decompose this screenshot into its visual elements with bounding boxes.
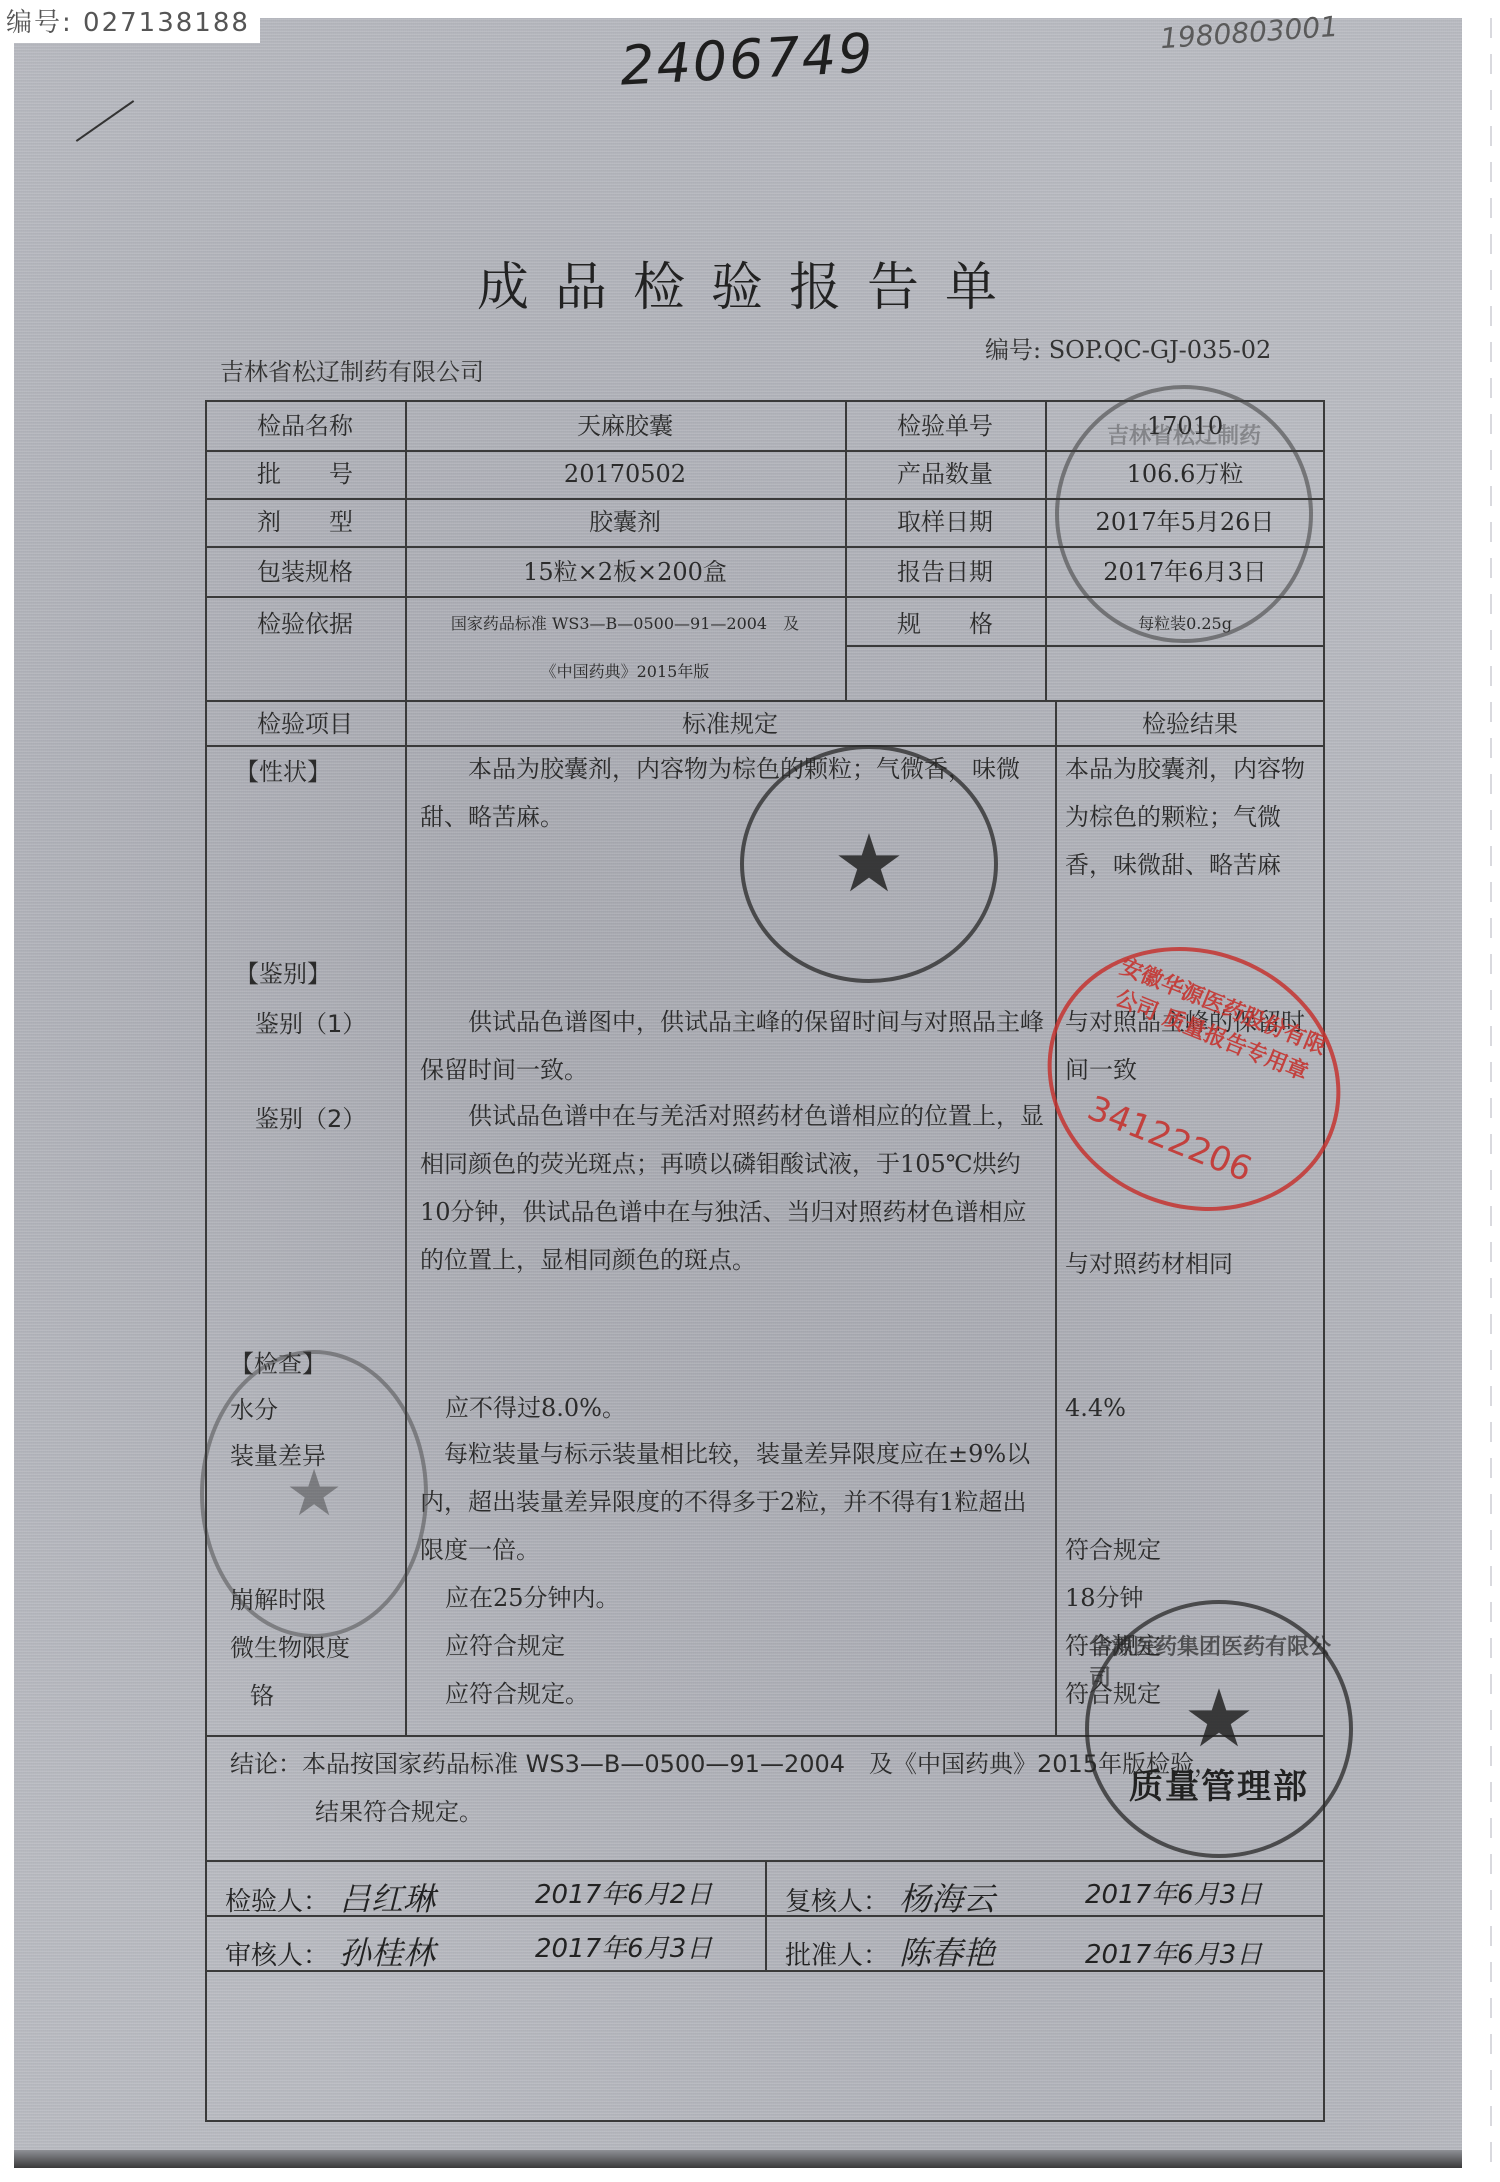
- signature-inspector-date: 2017年6月2日: [535, 1874, 712, 1911]
- stamp-left-faint: ★: [200, 1350, 428, 1638]
- label-product-name: 检品名称: [205, 412, 405, 441]
- scan-bottom-edge: [14, 2150, 1462, 2168]
- star-icon: ★: [285, 1462, 342, 1526]
- signature-role: 检验人：: [225, 1887, 329, 1917]
- check-microbial-name: 微生物限度: [230, 1634, 350, 1663]
- check-chromium-name: 铬: [250, 1682, 274, 1711]
- stamp-gray-center: ★: [740, 745, 998, 983]
- stamp-top-right-faint: 吉林省松辽制药: [1055, 385, 1313, 643]
- identification-2-standard: 供试品色谱中在与羌活对照药材色谱相应的位置上，显相同颜色的荧光斑点；再喷以磷钼酸…: [420, 1092, 1045, 1284]
- signature-name: 杨海云: [899, 1880, 995, 1918]
- value-basis-2: 《中国药典》2015年版: [405, 662, 845, 681]
- label-sampling-date: 取样日期: [845, 508, 1045, 537]
- signature-role: 审核人：: [225, 1941, 329, 1971]
- scan-right-edge: [1490, 18, 1492, 2168]
- label-report-no: 检验单号: [845, 412, 1045, 441]
- label-basis: 检验依据: [205, 610, 405, 639]
- label-batch-no: 批 号: [205, 460, 405, 489]
- signature-auditor-date: 2017年6月3日: [535, 1928, 712, 1965]
- doc-code: 编号: SOP.QC-GJ-035-02: [985, 330, 1271, 365]
- check-microbial-standard: 应符合规定: [445, 1622, 1045, 1670]
- label-quantity: 产品数量: [845, 460, 1045, 489]
- value-batch-no: 20170502: [405, 460, 845, 489]
- label-dosage-form: 剂 型: [205, 508, 405, 537]
- conclusion-line-2: 结果符合规定。: [315, 1798, 483, 1827]
- handwritten-number: 2406749: [619, 21, 876, 97]
- label-report-date: 报告日期: [845, 558, 1045, 587]
- signature-reviewer-date: 2017年6月3日: [1085, 1874, 1262, 1911]
- value-product-name: 天麻胶囊: [405, 412, 845, 441]
- check-disintegration-standard: 应在25分钟内。: [445, 1574, 1045, 1622]
- star-icon: ★: [833, 824, 905, 904]
- signature-approver-date: 2017年6月3日: [1085, 1934, 1262, 1971]
- signature-name: 陈春艳: [899, 1934, 995, 1972]
- stamp-text: 吉林省松辽制药: [1107, 419, 1261, 450]
- appearance-result: 本品为胶囊剂，内容物为棕色的颗粒；气微香，味微甜、略苦麻: [1065, 745, 1315, 889]
- identification-2-result: 与对照药材相同: [1065, 1240, 1315, 1288]
- header-test-item: 检验项目: [205, 710, 405, 739]
- section-identification: 【鉴别】: [235, 960, 331, 989]
- check-fill-weight-result: 符合规定: [1065, 1526, 1315, 1574]
- signature-reviewer: 复核人：杨海云: [785, 1874, 995, 1920]
- check-moisture-standard: 应不得过8.0%。: [445, 1384, 1045, 1432]
- value-basis: 国家药品标准 WS3—B—0500—91—2004 及: [405, 614, 845, 633]
- stamp-quality-dept: 华源医药集团医药有限公司 ★ 质量管理部: [1085, 1600, 1353, 1858]
- section-appearance: 【性状】: [235, 758, 331, 787]
- signature-role: 复核人：: [785, 1887, 889, 1917]
- signature-role: 批准人：: [785, 1941, 889, 1971]
- scan-header-label: 编号: 027138188: [0, 0, 260, 43]
- label-spec: 规 格: [845, 610, 1045, 639]
- header-standard: 标准规定: [405, 710, 1055, 739]
- check-chromium-standard: 应符合规定。: [445, 1670, 1045, 1718]
- signature-inspector: 检验人：吕红琳: [225, 1874, 435, 1920]
- signature-name: 吕红琳: [339, 1880, 435, 1918]
- identification-1-name: 鉴别（1）: [255, 1010, 366, 1039]
- signature-name: 孙桂林: [339, 1934, 435, 1972]
- stamp-dept: 质量管理部: [1129, 1759, 1309, 1808]
- company-name: 吉林省松辽制药有限公司: [220, 352, 484, 387]
- value-dosage-form: 胶囊剂: [405, 508, 845, 537]
- stamp-text: 华源医药集团医药有限公司: [1089, 1630, 1349, 1692]
- identification-1-standard: 供试品色谱图中，供试品主峰的保留时间与对照品主峰保留时间一致。: [420, 998, 1045, 1094]
- header-result: 检验结果: [1055, 710, 1325, 739]
- signature-approver: 批准人：陈春艳: [785, 1928, 995, 1974]
- signature-auditor: 审核人：孙桂林: [225, 1928, 435, 1974]
- identification-2-name: 鉴别（2）: [255, 1105, 366, 1134]
- stamp-number: 34122206: [1082, 1088, 1257, 1190]
- check-moisture-result: 4.4%: [1065, 1384, 1315, 1432]
- value-package-spec: 15粒×2板×200盒: [405, 558, 845, 587]
- page-title: 成品检验报告单: [0, 245, 1500, 320]
- label-package-spec: 包装规格: [205, 558, 405, 587]
- check-fill-weight-standard: 每粒装量与标示装量相比较，装量差异限度应在±9%以内，超出装量差异限度的不得多于…: [420, 1430, 1045, 1574]
